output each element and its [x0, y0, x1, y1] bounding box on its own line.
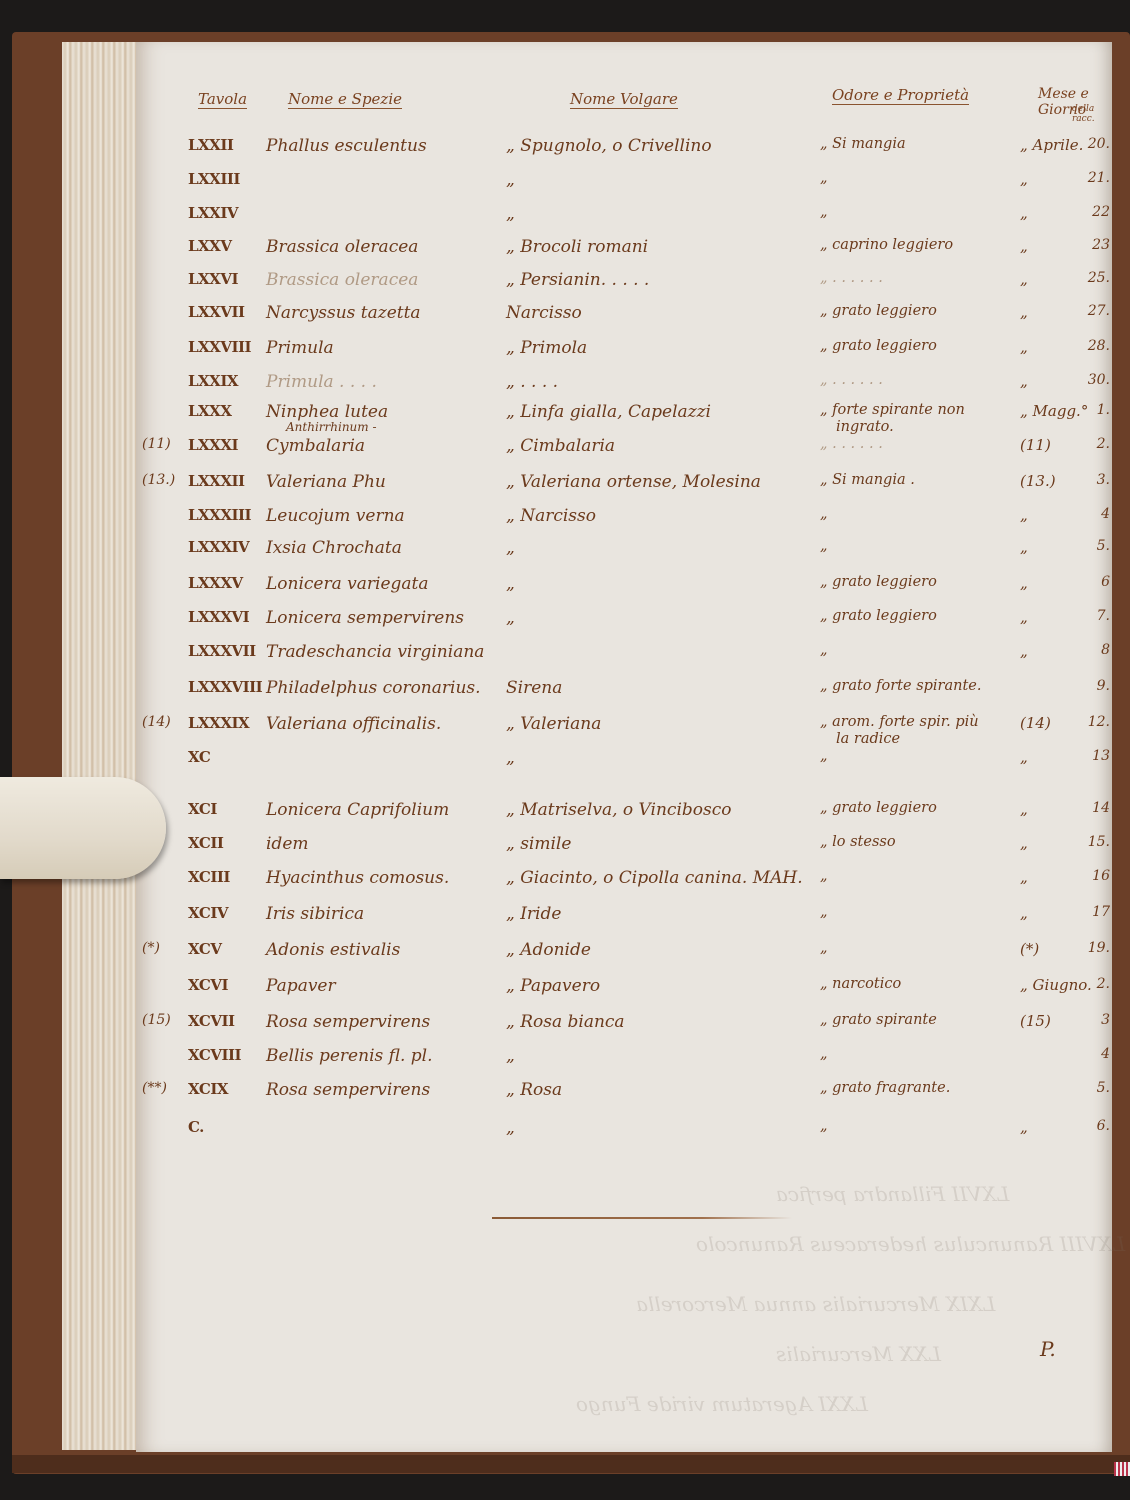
- odor-property: „: [820, 868, 828, 884]
- vernacular-name: „ Adonide: [506, 940, 591, 960]
- vernacular-name: „ Valeriana ortense, Molesina: [506, 472, 761, 492]
- vernacular-name: „ Persianin. . . . .: [506, 270, 649, 290]
- collection-month: „: [1020, 237, 1028, 255]
- marginal-note: (**): [142, 1080, 184, 1096]
- collection-day: 28.: [1076, 338, 1110, 354]
- collection-day: 5.: [1076, 1080, 1110, 1096]
- collection-month: „: [1020, 868, 1028, 886]
- table-row: LXXVIINarcyssus tazettaNarcisso„ grato l…: [136, 303, 1112, 333]
- tavola-number: LXXIX: [188, 372, 264, 390]
- page-weight-holder: [0, 777, 166, 879]
- collection-day: 1.: [1076, 402, 1110, 418]
- bleed-through-text: LXIX Mercurialis annua Mercorella: [636, 1292, 995, 1316]
- collection-month: (14): [1020, 714, 1051, 732]
- species-name: idem: [266, 834, 309, 854]
- collection-day: 8: [1076, 642, 1110, 658]
- table-row: LXXXIVIxsia Chrochata„„„5.: [136, 538, 1112, 568]
- species-name: Brassica oleracea: [266, 237, 418, 257]
- header-tavola: Tavola: [198, 90, 247, 108]
- collection-day: 27.: [1076, 303, 1110, 319]
- odor-property-continued: la radice: [836, 731, 900, 747]
- collection-month: „ Aprile.: [1020, 136, 1083, 154]
- species-name: Primula: [266, 338, 334, 358]
- collection-month: „: [1020, 834, 1028, 852]
- vernacular-name: „: [506, 748, 515, 768]
- vernacular-name: „ Giacinto, o Cipolla canina. MAH.: [506, 868, 803, 888]
- table-row: XC„„„13: [136, 748, 1112, 778]
- collection-day: 6.: [1076, 1118, 1110, 1134]
- odor-property: „: [820, 748, 828, 764]
- collection-month: (13.): [1020, 472, 1056, 490]
- vernacular-name: „ Iride: [506, 904, 561, 924]
- marginal-note: (14): [142, 714, 184, 730]
- species-name: Bellis perenis fl. pl.: [266, 1046, 433, 1066]
- table-row: LXXVBrassica oleracea„ Brocoli romani„ c…: [136, 237, 1112, 267]
- marginal-note: (15): [142, 1012, 184, 1028]
- odor-property-continued: ingrato.: [836, 419, 894, 435]
- collection-day: 3.: [1076, 472, 1110, 488]
- marginal-note: (11): [142, 436, 184, 452]
- vernacular-name: „ Spugnolo, o Crivellino: [506, 136, 712, 156]
- species-name: Adonis estivalis: [266, 940, 400, 960]
- odor-property: „ grato forte spirante.: [820, 678, 981, 694]
- odor-property: „ grato leggiero: [820, 574, 937, 590]
- collection-day: 23: [1076, 237, 1110, 253]
- odor-property: „ lo stesso: [820, 834, 896, 850]
- collection-month: (*): [1020, 940, 1039, 958]
- tavola-number: LXXXIII: [188, 506, 264, 524]
- odor-property: „: [820, 1046, 828, 1062]
- odor-property: „: [820, 904, 828, 920]
- table-row: XCVIPapaver„ Papavero„ narcotico„ Giugno…: [136, 976, 1112, 1006]
- table-row: XCIVIris sibirica„ Iride„„17: [136, 904, 1112, 934]
- marginal-note: (*): [142, 940, 184, 956]
- tavola-number: LXXXVI: [188, 608, 264, 626]
- odor-property: „: [820, 940, 828, 956]
- species-name: Rosa sempervirens: [266, 1080, 430, 1100]
- odor-property: „: [820, 204, 828, 220]
- vernacular-name: „ simile: [506, 834, 571, 854]
- header-odore-proprieta: Odore e Proprietà: [832, 86, 969, 104]
- vernacular-name: „ Linfa gialla, Capelazzi: [506, 402, 711, 422]
- species-name: Lonicera Caprifolium: [266, 800, 449, 820]
- species-name: Ninphea lutea: [266, 402, 388, 422]
- ribbon-marker: [1114, 1462, 1130, 1476]
- table-row: LXXIV„„„22: [136, 204, 1112, 234]
- odor-property: „ narcotico: [820, 976, 901, 992]
- species-name: Rosa sempervirens: [266, 1012, 430, 1032]
- table-row: LXXXVIITradeschancia virginiana„„8: [136, 642, 1112, 672]
- odor-property: „: [820, 642, 828, 658]
- collection-month: „: [1020, 303, 1028, 321]
- table-row: XCVIIIBellis perenis fl. pl.„„4: [136, 1046, 1112, 1076]
- book-cover-bottom-edge: [12, 1455, 1130, 1473]
- tavola-number: XC: [188, 748, 264, 766]
- species-name: Cymbalaria: [266, 436, 365, 456]
- vernacular-name: „ . . . .: [506, 372, 558, 392]
- tavola-number: LXXXVII: [188, 642, 264, 660]
- odor-property: „ grato leggiero: [820, 338, 937, 354]
- species-name: Phallus esculentus: [266, 136, 427, 156]
- table-row: LXXXVILonicera sempervirens„„ grato legg…: [136, 608, 1112, 638]
- collection-day: 14: [1076, 800, 1110, 816]
- species-name-annotation: Anthirrhinum -: [286, 420, 377, 434]
- odor-property: „ grato spirante: [820, 1012, 937, 1028]
- collection-month: „: [1020, 338, 1028, 356]
- vernacular-name: „: [506, 204, 515, 224]
- vernacular-name: „ Brocoli romani: [506, 237, 648, 257]
- tavola-number: LXXV: [188, 237, 264, 255]
- collection-month: „: [1020, 608, 1028, 626]
- odor-property: „ Si mangia .: [820, 472, 915, 488]
- odor-property: „ grato leggiero: [820, 800, 937, 816]
- table-row: LXXXNinphea lutea„ Linfa gialla, Capelaz…: [136, 402, 1112, 432]
- tavola-number: XCIII: [188, 868, 264, 886]
- vernacular-name: „ Rosa: [506, 1080, 562, 1100]
- header-nome-spezie: Nome e Spezie: [288, 90, 402, 108]
- vernacular-name: „ Papavero: [506, 976, 600, 996]
- collection-day: 6: [1076, 574, 1110, 590]
- bleed-through-text: LXX Mercurialis: [776, 1342, 941, 1366]
- vernacular-name: „ Rosa bianca: [506, 1012, 625, 1032]
- species-name: Lonicera sempervirens: [266, 608, 464, 628]
- species-name: Primula . . . .: [266, 372, 377, 392]
- collection-day: 16: [1076, 868, 1110, 884]
- table-row: XCILonicera Caprifolium„ Matriselva, o V…: [136, 800, 1112, 830]
- collection-month: (15): [1020, 1012, 1051, 1030]
- tavola-number: LXXVIII: [188, 338, 264, 356]
- tavola-number: LXXXII: [188, 472, 264, 490]
- collection-month: „: [1020, 538, 1028, 556]
- catchword: P.: [1040, 1337, 1056, 1361]
- collection-day: 4: [1076, 506, 1110, 522]
- vernacular-name: „: [506, 1046, 515, 1066]
- tavola-number: LXXXV: [188, 574, 264, 592]
- odor-property: „: [820, 1118, 828, 1134]
- collection-month: „: [1020, 372, 1028, 390]
- collection-day: 2.: [1076, 976, 1110, 992]
- tavola-number: LXXIV: [188, 204, 264, 222]
- closing-rule: [492, 1217, 792, 1219]
- tavola-number: LXXXVIII: [188, 678, 264, 696]
- collection-month: (11): [1020, 436, 1051, 454]
- odor-property: „: [820, 170, 828, 186]
- species-name: Tradeschancia virginiana: [266, 642, 484, 662]
- bleed-through-text: LXVIII Ranunculus hederaceus Ranuncolo: [696, 1232, 1125, 1256]
- odor-property: „ grato leggiero: [820, 608, 937, 624]
- table-row: (*)XCVAdonis estivalis„ Adonide„(*)19.: [136, 940, 1112, 970]
- vernacular-name: „: [506, 574, 515, 594]
- manuscript-page: LXVII Fillandra perfica LXVIII Ranunculu…: [136, 42, 1112, 1452]
- odor-property: „ . . . . . .: [820, 270, 883, 286]
- tavola-number: LXXII: [188, 136, 264, 154]
- species-name: Papaver: [266, 976, 336, 996]
- species-name: Narcyssus tazetta: [266, 303, 421, 323]
- vernacular-name: „: [506, 608, 515, 628]
- odor-property: „ Si mangia: [820, 136, 906, 152]
- species-name: Brassica oleracea: [266, 270, 418, 290]
- collection-month: „: [1020, 800, 1028, 818]
- tavola-number: XCIV: [188, 904, 264, 922]
- tavola-number: LXXX: [188, 402, 264, 420]
- species-name: Philadelphus coronarius.: [266, 678, 481, 698]
- odor-property: „ . . . . . .: [820, 436, 883, 452]
- collection-month: „: [1020, 270, 1028, 288]
- table-row: LXXIIPhallus esculentus„ Spugnolo, o Cri…: [136, 136, 1112, 166]
- odor-property: „: [820, 538, 828, 554]
- species-name: Leucojum verna: [266, 506, 405, 526]
- collection-month: „: [1020, 204, 1028, 222]
- tavola-number: XCV: [188, 940, 264, 958]
- vernacular-name: „: [506, 170, 515, 190]
- collection-month: „: [1020, 1118, 1028, 1136]
- tavola-number: LXXIII: [188, 170, 264, 188]
- collection-day: 20.: [1076, 136, 1110, 152]
- collection-day: 30.: [1076, 372, 1110, 388]
- table-row: (11)LXXXICymbalariaAnthirrhinum -„ Cimba…: [136, 436, 1112, 466]
- collection-day: 4: [1076, 1046, 1110, 1062]
- odor-property: „ . . . . . .: [820, 372, 883, 388]
- bleed-through-text: LXVII Fillandra perfica: [776, 1182, 1009, 1206]
- collection-day: 22: [1076, 204, 1110, 220]
- species-name: Iris sibirica: [266, 904, 364, 924]
- vernacular-name: „ Narcisso: [506, 506, 596, 526]
- odor-property: „ caprino leggiero: [820, 237, 953, 253]
- collection-month: „: [1020, 748, 1028, 766]
- collection-day: 9.: [1076, 678, 1110, 694]
- odor-property: „ arom. forte spir. più: [820, 714, 979, 730]
- header-nome-volgare: Nome Volgare: [570, 90, 678, 108]
- collection-day: 19.: [1076, 940, 1110, 956]
- tavola-number: LXXXIX: [188, 714, 264, 732]
- tavola-number: XCVIII: [188, 1046, 264, 1064]
- tavola-number: XCII: [188, 834, 264, 852]
- table-row: LXXXVLonicera variegata„„ grato leggiero…: [136, 574, 1112, 604]
- collection-month: „: [1020, 904, 1028, 922]
- collection-month: „: [1020, 506, 1028, 524]
- marginal-note: (13.): [142, 472, 184, 488]
- species-name: Valeriana Phu: [266, 472, 386, 492]
- tavola-number: XCI: [188, 800, 264, 818]
- collection-day: 17: [1076, 904, 1110, 920]
- header-mese-giorno-sub: della racc.: [1072, 104, 1112, 124]
- collection-month: „: [1020, 642, 1028, 660]
- odor-property: „ grato leggiero: [820, 303, 937, 319]
- tavola-number: XCVII: [188, 1012, 264, 1030]
- odor-property: „ forte spirante non: [820, 402, 965, 418]
- vernacular-name: „ Primola: [506, 338, 587, 358]
- bleed-through-text: LXXI Ageratum viride Fungo: [576, 1392, 868, 1416]
- collection-day: 25.: [1076, 270, 1110, 286]
- collection-day: 13: [1076, 748, 1110, 764]
- vernacular-name: Narcisso: [506, 303, 582, 323]
- vernacular-name: „: [506, 538, 515, 558]
- collection-day: 21.: [1076, 170, 1110, 186]
- collection-day: 15.: [1076, 834, 1110, 850]
- table-row: XCIIidem„ simile„ lo stesso„15.: [136, 834, 1112, 864]
- collection-day: 5.: [1076, 538, 1110, 554]
- table-row: XCIIIHyacinthus comosus.„ Giacinto, o Ci…: [136, 868, 1112, 898]
- table-row: LXXXIIILeucojum verna„ Narcisso„„4: [136, 506, 1112, 536]
- vernacular-name: „ Cimbalaria: [506, 436, 615, 456]
- table-row: (13.)LXXXIIValeriana Phu„ Valeriana orte…: [136, 472, 1112, 502]
- page-stack-edges: [62, 42, 142, 1450]
- table-row: (**)XCIXRosa sempervirens„ Rosa„ grato f…: [136, 1080, 1112, 1110]
- collection-day: 12.: [1076, 714, 1110, 730]
- species-name: Valeriana officinalis.: [266, 714, 441, 734]
- tavola-number: C.: [188, 1118, 264, 1136]
- table-row: (14)LXXXIXValeriana officinalis.„ Valeri…: [136, 714, 1112, 744]
- tavola-number: LXXVII: [188, 303, 264, 321]
- table-row: (15)XCVIIRosa sempervirens„ Rosa bianca„…: [136, 1012, 1112, 1042]
- vernacular-name: „ Matriselva, o Vincibosco: [506, 800, 731, 820]
- collection-day: 7.: [1076, 608, 1110, 624]
- table-row: LXXXVIIIPhiladelphus coronarius.Sirena„ …: [136, 678, 1112, 708]
- collection-day: 2.: [1076, 436, 1110, 452]
- tavola-number: LXXVI: [188, 270, 264, 288]
- tavola-number: XCIX: [188, 1080, 264, 1098]
- table-row: LXXVIIIPrimula„ Primola„ grato leggiero„…: [136, 338, 1112, 368]
- collection-month: „: [1020, 574, 1028, 592]
- species-name: Ixsia Chrochata: [266, 538, 402, 558]
- table-row: LXXIXPrimula . . . .„ . . . .„ . . . . .…: [136, 372, 1112, 402]
- table-row: LXXVIBrassica oleracea„ Persianin. . . .…: [136, 270, 1112, 300]
- tavola-number: XCVI: [188, 976, 264, 994]
- tavola-number: LXXXI: [188, 436, 264, 454]
- collection-month: „: [1020, 170, 1028, 188]
- tavola-number: LXXXIV: [188, 538, 264, 556]
- collection-day: 3: [1076, 1012, 1110, 1028]
- vernacular-name: „: [506, 1118, 515, 1138]
- table-row: LXXIII„„„21.: [136, 170, 1112, 200]
- odor-property: „ grato fragrante.: [820, 1080, 950, 1096]
- vernacular-name: Sirena: [506, 678, 562, 698]
- table-row: C.„„„6.: [136, 1118, 1112, 1148]
- odor-property: „: [820, 506, 828, 522]
- vernacular-name: „ Valeriana: [506, 714, 601, 734]
- species-name: Lonicera variegata: [266, 574, 429, 594]
- species-name: Hyacinthus comosus.: [266, 868, 449, 888]
